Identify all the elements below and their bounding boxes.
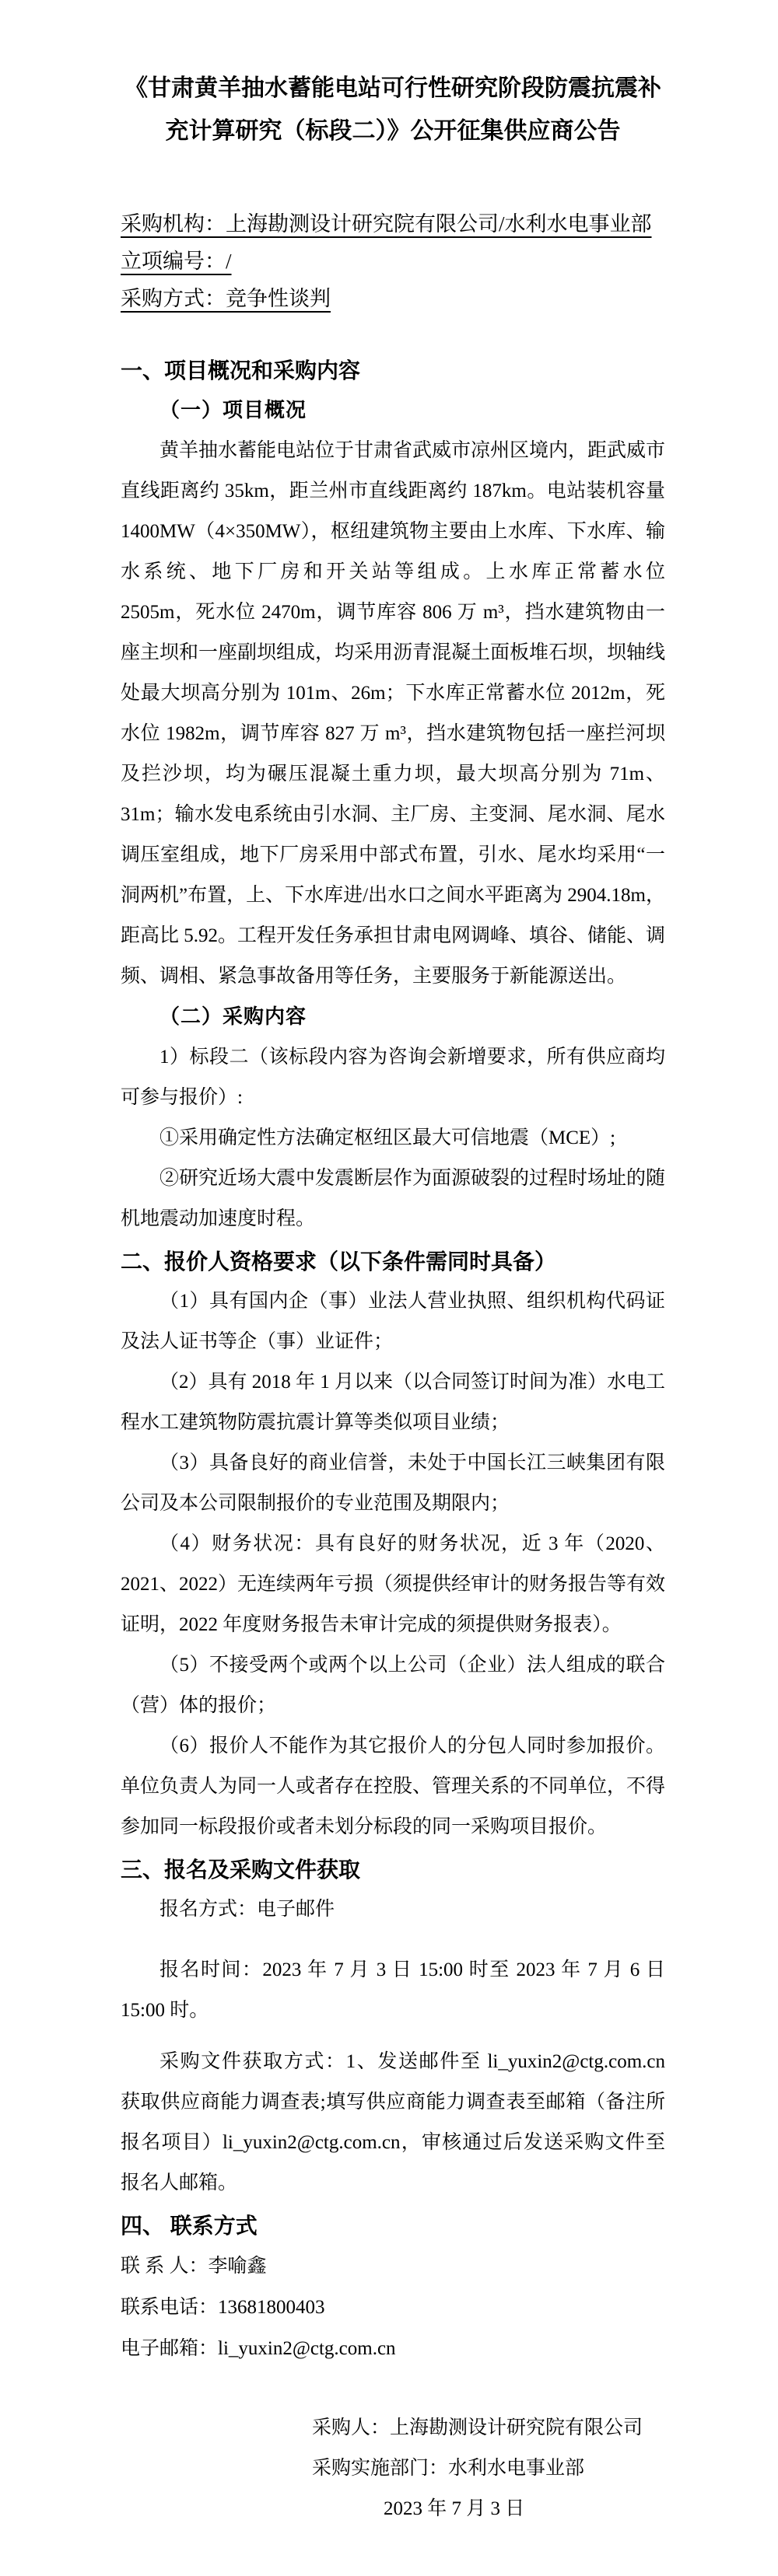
signature-block: 采购人：上海勘测设计研究院有限公司 采购实施部门：水利水电事业部 2023 年 … (312, 2408, 665, 2529)
document-title: 《甘肃黄羊抽水蓄能电站可行性研究阶段防震抗震补充计算研究（标段二）》公开征集供应… (121, 67, 665, 152)
meta-procurement-agency: 采购机构：上海勘测设计研究院有限公司/水利水电事业部 (121, 205, 665, 243)
qualification-item-4: （4）财务状况：具有良好的财务状况，近 3 年（2020、2021、2022）无… (121, 1524, 665, 1645)
section2-heading: 二、报价人资格要求（以下条件需同时具备） (121, 1243, 665, 1281)
project-overview-paragraph: 黄羊抽水蓄能电站位于甘肃省武威市凉州区境内，距武威市直线距离约 35km，距兰州… (121, 431, 665, 997)
contact-email: 电子邮箱：li_yuxin2@ctg.com.cn (121, 2328, 665, 2369)
qualification-item-1: （1）具有国内企（事）业法人营业执照、组织机构代码证及法人证书等企（事）业证件； (121, 1281, 665, 1362)
qualification-item-2: （2）具有 2018 年 1 月以来（以合同签订时间为准）水电工程水工建筑物防震… (121, 1362, 665, 1443)
procurement-content-item-1: 1）标段二（该标段内容为咨询会新增要求，所有供应商均可参与报价）: (121, 1037, 665, 1118)
meta-block: 采购机构：上海勘测设计研究院有限公司/水利水电事业部 立项编号：/ 采购方式：竞… (121, 205, 665, 317)
procurement-content-item-circle2: ②研究近场大震中发震断层作为面源破裂的过程时场址的随机地震动加速度时程。 (121, 1159, 665, 1239)
contact-person: 联 系 人：李喻鑫 (121, 2246, 665, 2287)
qualification-item-6: （6）报价人不能作为其它报价人的分包人同时参加报价。单位负责人为同一人或者存在控… (121, 1726, 665, 1847)
procurement-content-item-circle1: ①采用确定性方法确定枢纽区最大可信地震（MCE）; (121, 1118, 665, 1159)
meta-project-number: 立项编号：/ (121, 243, 665, 280)
meta-procurement-method: 采购方式：竞争性谈判 (121, 280, 665, 317)
section3-heading: 三、报名及采购文件获取 (121, 1851, 665, 1889)
document-acquisition-method: 采购文件获取方式：1、发送邮件至 li_yuxin2@ctg.com.cn 获取… (121, 2042, 665, 2204)
contact-phone: 联系电话：13681800403 (121, 2287, 665, 2328)
signature-date: 2023 年 7 月 3 日 (312, 2489, 665, 2529)
signature-department: 采购实施部门：水利水电事业部 (312, 2448, 665, 2489)
signature-purchaser: 采购人：上海勘测设计研究院有限公司 (312, 2408, 665, 2448)
section1-sub1-heading: （一）项目概况 (121, 390, 665, 431)
section1-heading: 一、项目概况和采购内容 (121, 351, 665, 390)
qualification-item-5: （5）不接受两个或两个以上公司（企业）法人组成的联合（营）体的报价； (121, 1645, 665, 1726)
qualification-item-3: （3）具备良好的商业信誉，未处于中国长江三峡集团有限公司及本公司限制报价的专业范… (121, 1443, 665, 1524)
registration-method: 报名方式：电子邮件 (121, 1889, 665, 1930)
section4-heading: 四、 联系方式 (121, 2207, 665, 2246)
section1-sub2-heading: （二）采购内容 (121, 997, 665, 1037)
announcement-document: 《甘肃黄羊抽水蓄能电站可行性研究阶段防震抗震补充计算研究（标段二）》公开征集供应… (0, 0, 778, 2576)
registration-time: 报名时间：2023 年 7 月 3 日 15:00 时至 2023 年 7 月 … (121, 1950, 665, 2031)
